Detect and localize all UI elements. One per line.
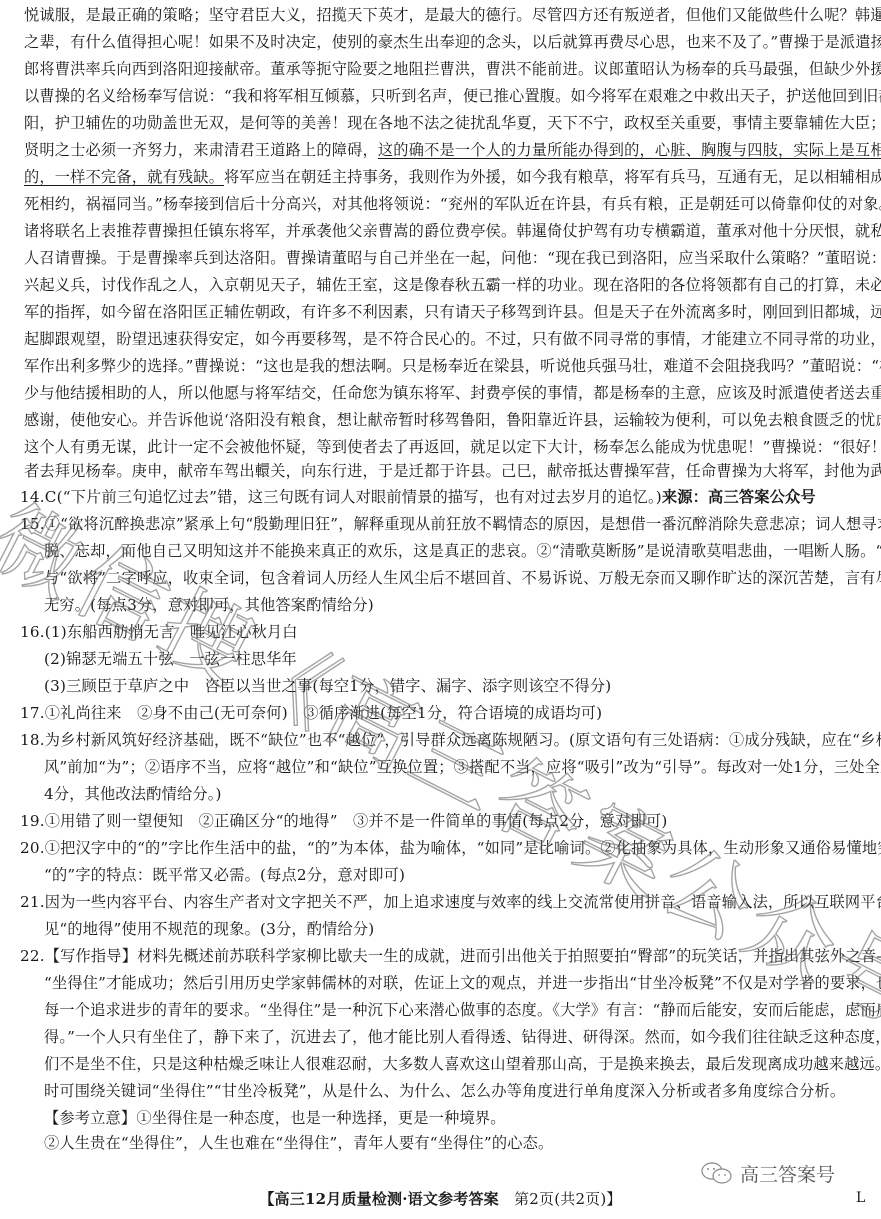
answer-22-line: 们不是坐不住，只是这种枯燥乏味让人很难忍耐，大多数人喜欢这山望着那山高，于是换来…	[44, 1054, 866, 1074]
answer-21-line: 见“的地得”使用不规范的现象。(3分，酌情给分)	[44, 919, 866, 939]
passage-line: 起脚跟观望，盼望迅速获得安定，如今再要移驾，是不符合民心的。不过，只有做不同寻常…	[24, 329, 866, 349]
passage-text: 贤明之士必须一齐努力，来肃清君王道路上的障碍，	[24, 141, 378, 159]
answer-21-line: 21.因为一些内容平台、内容生产者对文字把关不严，加上追求速度与效率的线上交流常…	[20, 892, 862, 912]
answer-19: 19.①用错了则一望便知 ②正确区分“的地得” ③并不是一件简单的事情(每点2分…	[20, 811, 862, 831]
answer-key-page: 悦诚服，是最正确的策略；坚守君臣大义，招揽天下英才，是最大的德行。尽管四方还有叛…	[0, 0, 881, 1219]
passage-line: 郎将曹洪率兵向西到洛阳迎接献帝。董承等扼守险要之地阻拦曹洪，曹洪不能前进。议郎董…	[24, 59, 866, 79]
passage-line: 的，一样不完备，就有残缺。将军应当在朝廷主持事务，我则作为外援，如今我有粮草，将…	[24, 167, 866, 187]
answer-22-line: “坐得住”才能成功；然后引用历史学家韩儒林的对联，佐证上文的观点，并进一步指出“…	[44, 973, 866, 993]
passage-line: 贤明之士必须一齐努力，来肃清君王道路上的障碍，这的确不是一个人的力量所能办得到的…	[24, 140, 866, 160]
answer-16-line: (3)三顾臣于草庐之中 咨臣以当世之事(每空1分，错字、漏字、添字则该空不得分)	[44, 676, 866, 696]
reference-idea: ②人生贵在“坐得住”，人生也难在“坐得住”，青年人要有“坐得住”的心态。	[44, 1133, 866, 1153]
passage-text: 将军应当在朝廷主持事务，我则作为外援，如今我有粮草，将军有兵马，互通有无，足以相…	[224, 168, 881, 186]
source-label: 来源：高三答案公众号	[662, 488, 816, 506]
answer-22-line: 得。”一个人只有坐住了，静下来了，沉进去了，他才能比别人看得透、钻得进、研得深。…	[44, 1027, 866, 1047]
passage-line: 之辈，有什么值得担心呢！如果不及时决定，使别的豪杰生出奉迎的念头，以后就算再费尽…	[24, 32, 866, 52]
answer-22-line: 22.【写作指导】材料先概述前苏联科学家柳比歇夫一生的成就，进而引出他关于拍照要…	[20, 946, 862, 966]
answer-16-line: 16.(1)东船西舫悄无言 唯见江心秋月白	[20, 622, 862, 642]
answer-15-line: 15.①“欲将沉醉换悲凉”紧承上句“殷勤理旧狂”，解释重现从前狂放不羁情态的原因…	[20, 514, 862, 534]
answer-20-line: “的”字的特点：既平常又必需。(每点2分，意对即可)	[44, 865, 866, 885]
passage-line: 以曹操的名义给杨奉写信说：“我和将军相互倾慕，只听到名声，便已推心置腹。如今将军…	[24, 86, 866, 106]
answer-14: 14.C(“下片前三句追忆过去”错，这三句既有词人对眼前情景的描写，也有对过去岁…	[20, 487, 862, 507]
passage-line: 死相约，祸福同当。”杨奉接到信后十分高兴，对其他将领说：“兖州的军队近在许县，有…	[24, 194, 866, 214]
page-footer: 【高三12月质量检测·语文参考答案 第2页(共2页)】	[0, 1188, 881, 1209]
answer-17: 17.①礼尚往来 ②身不由己(无可奈何) ③循序渐进(每空1分，符合语境的成语均…	[20, 703, 862, 723]
passage-line: 军作出利多弊少的选择。”曹操说：“这也是我的想法啊。只是杨奉近在梁县，听说他兵强…	[24, 356, 866, 376]
corner-mark: L	[856, 1190, 865, 1206]
passage-line: 诸将联名上表推荐曹操担任镇东将军，并承袭他父亲曹嵩的爵位费亭侯。韩暹倚仗护驾有功…	[24, 221, 866, 241]
answer-16-line: (2)锦瑟无端五十弦 一弦一柱思华年	[44, 649, 866, 669]
passage-line: 少与他结援相助的人，所以他愿与将军结交，任命您为镇东将军、封费亭侯的事情，都是杨…	[24, 383, 866, 403]
passage-line: 阳，护卫辅佐的功勋盖世无双，是何等的美善！现在各地不法之徒扰乱华夏，天下不宁，政…	[24, 113, 866, 133]
brand-logo: 高三答案号	[700, 1160, 835, 1187]
answer-18-line: 4分，其他改法酌情给分。)	[44, 784, 866, 804]
underlined-text: 的，一样不完备，就有残缺。	[24, 168, 224, 186]
wechat-icon	[700, 1161, 734, 1187]
passage-line: 军的指挥，如今留在洛阳匡正辅佐朝政，有许多不利因素，只有请天子移驾到许县。但是天…	[24, 302, 866, 322]
underlined-text: 这的确不是一个人的力量所能办得到的，心脏、胸腹与四肢，实际上是互相依存	[378, 141, 881, 159]
reference-idea: 【参考立意】①坐得住是一种态度，也是一种选择，更是一种境界。	[44, 1108, 866, 1128]
answer-14-text: 14.C(“下片前三句追忆过去”错，这三句既有词人对眼前情景的描写，也有对过去岁…	[20, 488, 662, 506]
footer-title: 【高三12月质量检测·语文参考答案	[259, 1190, 499, 1208]
logo-text: 高三答案号	[740, 1160, 835, 1187]
passage-line: 人召请曹操。于是曹操率兵到达洛阳。曹操请董昭与自己并坐在一起，问他：“现在我已到…	[24, 248, 866, 268]
answer-15-line: 无穷。(每点3分，意对即可，其他答案酌情给分)	[44, 595, 866, 615]
answer-22-line: 时可围绕关键词“坐得住”“甘坐冷板凳”，从是什么、为什么、怎么办等角度进行单角度…	[44, 1081, 866, 1101]
answer-15-line: 与“欲将”二字呼应，收束全词，包含着词人历经人生风尘后不堪回首、不易诉说、万般无…	[44, 568, 866, 588]
page-number: 第2页(共2页)】	[499, 1190, 622, 1208]
answer-20-line: 20.①把汉字中的“的”字比作生活中的盐，“的”为本体，盐为喻体，“如同”是比喻…	[20, 838, 862, 858]
passage-line: 悦诚服，是最正确的策略；坚守君臣大义，招揽天下英才，是最大的德行。尽管四方还有叛…	[24, 5, 866, 25]
answer-15-line: 脱、忘却，而他自己又明知这并不能换来真正的欢乐，这是真正的悲哀。②“清歌莫断肠”…	[44, 541, 866, 561]
passage-line: 兴起义兵，讨伐作乱之人，入京朝见天子，辅佐王室，这是像春秋五霸一样的功业。现在洛…	[24, 275, 866, 295]
passage-line: 感谢，使他安心。并告诉他说‘洛阳没有粮食，想让献帝暂时移驾鲁阳，鲁阳靠近许县，运…	[24, 410, 866, 430]
passage-line: 者去拜见杨奉。庚申，献帝车驾出轘关，向东行进，于是迁都于许县。己巳，献帝抵达曹操…	[24, 461, 866, 481]
answer-18-line: 风”前加“为”；②语序不当，应将“越位”和“缺位”互换位置；③搭配不当，应将“吸…	[44, 757, 866, 777]
answer-22-line: 每一个追求进步的青年的要求。“坐得住”是一种沉下心来潜心做事的态度。《大学》有言…	[44, 1000, 866, 1020]
passage-line: 这个人有勇无谋，此计一定不会被他怀疑，等到使者去了再返回，就足以定下大计，杨奉怎…	[24, 437, 866, 457]
answer-18-line: 18.为乡村新风筑好经济基础，既不“缺位”也不“越位”，引导群众远离陈规陋习。(…	[20, 730, 862, 750]
